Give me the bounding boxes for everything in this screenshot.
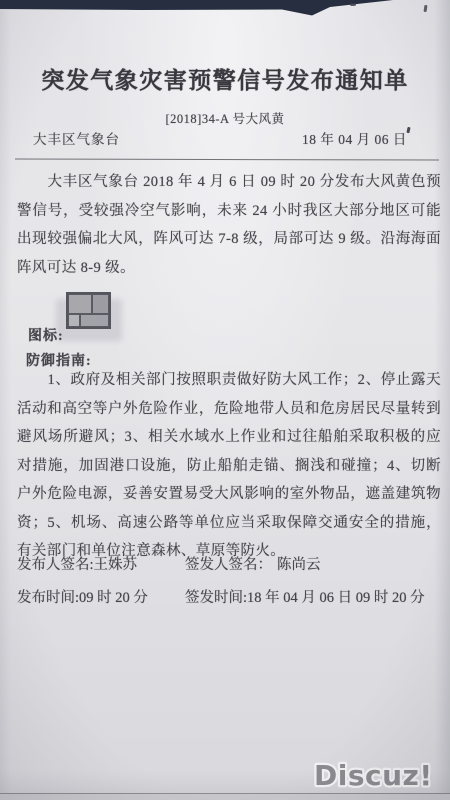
- signer-label: 签发人签名：: [185, 557, 272, 573]
- document-number: [2018]34-A 号大风黄: [0, 109, 450, 127]
- desk-top-edge: [0, 0, 450, 20]
- signature-row: 发布人签名:王姝苏 签发人签名：陈尚云: [17, 553, 441, 574]
- stamp-cell: [80, 314, 109, 327]
- signer-name: 陈尚云: [277, 557, 321, 573]
- sign-time-value: 18 年 04 月 06 日 09 时 20 分: [247, 590, 425, 606]
- sign-time: 签发时间:18 年 04 月 06 日 09 时 20 分: [185, 586, 441, 607]
- time-row: 发布时间:09 时 20 分 签发时间:18 年 04 月 06 日 09 时 …: [17, 586, 441, 607]
- publisher-name: 王姝苏: [94, 557, 138, 573]
- document-title: 突发气象灾害预警信号发布通知单: [0, 62, 450, 95]
- signer-signature: 签发人签名：陈尚云: [185, 553, 441, 574]
- issuing-station: 大丰区气象台: [33, 128, 120, 148]
- header-date: 18 年 04 月 06 日: [302, 128, 407, 148]
- discuz-watermark: Discuz!: [308, 754, 448, 796]
- icon-label: 图标:: [28, 325, 64, 345]
- warning-body-paragraph: 大丰区气象台 2018 年 4 月 6 日 09 时 20 分发布大风黄色预警信…: [17, 168, 441, 282]
- paper-speck: [350, 3, 356, 6]
- publish-time-value: 09 时 20 分: [79, 590, 148, 606]
- publisher-label: 发布人签名:: [17, 557, 94, 573]
- gale-warning-stamp-icon: [66, 292, 111, 329]
- publish-time-label: 发布时间:: [17, 590, 79, 606]
- stamp-cell: [92, 294, 109, 314]
- sign-time-label: 签发时间:: [185, 590, 247, 606]
- defense-guidelines-paragraph: 1、政府及相关部门按照职责做好防大风工作；2、停止露天活动和高空等户外危险作业，…: [17, 366, 441, 566]
- publisher-signature: 发布人签名:王姝苏: [17, 553, 185, 574]
- watermark-text: Discuz!: [314, 759, 433, 792]
- stamp-cell: [68, 314, 80, 327]
- photographed-warning-notice: 突发气象灾害预警信号发布通知单 [2018]34-A 号大风黄 大丰区气象台 1…: [0, 0, 450, 800]
- publish-time: 发布时间:09 时 20 分: [17, 586, 185, 607]
- stamp-cell: [68, 294, 92, 314]
